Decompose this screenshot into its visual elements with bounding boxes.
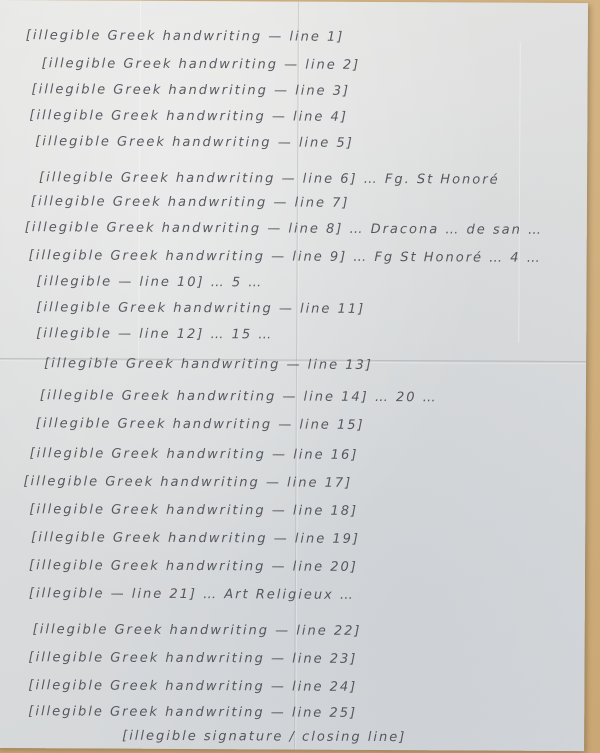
letter-line: [illegible Greek handwriting — line 9] …… [29, 248, 542, 266]
letter-line: [illegible Greek handwriting — line 16] [30, 446, 359, 463]
letter-line: [illegible Greek handwriting — line 24] [28, 678, 357, 695]
letter-line: [illegible Greek handwriting — line 23] [29, 650, 358, 667]
letter-line: [illegible Greek handwriting — line 1] [26, 28, 345, 45]
letter-signature: [illegible signature / closing line] [122, 729, 406, 745]
paper-crease [518, 43, 521, 343]
letter-line: [illegible Greek handwriting — line 20] [29, 558, 358, 575]
letter-line: [illegible Greek handwriting — line 25] [28, 704, 357, 721]
letter-line: [illegible Greek handwriting — line 4] [29, 108, 348, 125]
letter-line: [illegible Greek handwriting — line 11] [36, 300, 365, 317]
letter-line: [illegible Greek handwriting — line 17] [23, 474, 352, 491]
letter-line: [illegible Greek handwriting — line 19] [31, 530, 360, 547]
letter-line: [illegible — line 12] … 15 … [36, 326, 273, 342]
letter-line: [illegible Greek handwriting — line 6] …… [39, 170, 500, 187]
letter-line: [illegible Greek handwriting — line 18] [29, 502, 358, 519]
photo-scene: [illegible Greek handwriting — line 1] [… [0, 0, 600, 753]
letter-line: [illegible Greek handwriting — line 15] [36, 416, 365, 433]
letter-line: [illegible Greek handwriting — line 22] [33, 622, 362, 639]
letter-line: [illegible Greek handwriting — line 5] [35, 134, 354, 151]
letter-paper: [illegible Greek handwriting — line 1] [… [0, 0, 588, 751]
letter-line: [illegible Greek handwriting — line 7] [31, 194, 350, 211]
letter-line: [illegible Greek handwriting — line 14] … [40, 388, 438, 405]
letter-line: [illegible Greek handwriting — line 3] [31, 82, 350, 99]
letter-line: [illegible Greek handwriting — line 2] [42, 56, 361, 73]
letter-line: [illegible — line 21] … Art Religieux … [29, 586, 355, 603]
letter-line: [illegible Greek handwriting — line 13] [44, 356, 373, 373]
letter-line: [illegible — line 10] … 5 … [36, 274, 263, 290]
letter-text: [illegible Greek handwriting — line 1] [… [26, 12, 576, 15]
letter-line: [illegible Greek handwriting — line 8] …… [25, 220, 543, 238]
